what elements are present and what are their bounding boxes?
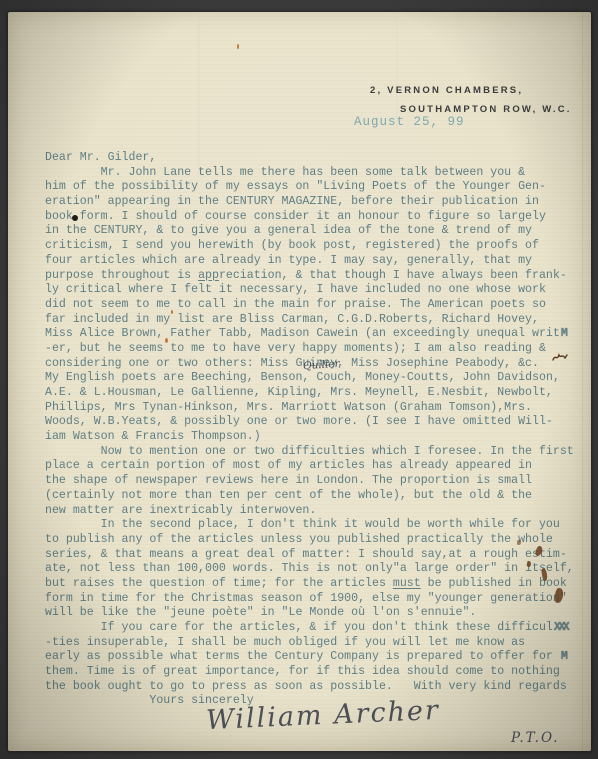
typed-line: If you care for the articles, & if you d…	[45, 621, 585, 636]
paper-speck	[165, 338, 168, 343]
typed-line: My English poets are Beeching, Benson,Qu…	[45, 371, 585, 386]
typed-date: August 25, 99	[354, 115, 465, 129]
typed-line: far included in my list are Bliss Carman…	[45, 313, 585, 328]
typed-line: purpose throughout is appreciation, & th…	[45, 269, 585, 284]
typed-line: the shape of newspaper reviews here in L…	[45, 474, 585, 489]
typed-line: new matter are inextricably interwoven.	[45, 504, 585, 519]
paper-speck	[171, 310, 173, 314]
typed-line: him of the possibility of my essays on "…	[45, 180, 585, 195]
pto-note: P.T.O.	[511, 730, 560, 746]
typed-line: will be like the "jeune poète" in "Le Mo…	[45, 606, 585, 621]
typed-line: series, & that means a great deal of mat…	[45, 548, 585, 563]
typed-line: -er, but he seems to me to have very hap…	[45, 342, 585, 357]
typed-line: Now to mention one or two difficulties w…	[45, 445, 585, 460]
typed-line: the book ought to go to press as soon as…	[45, 680, 585, 695]
typed-line: form in time for the Christmas season of…	[45, 592, 585, 607]
fold-crease	[396, 12, 398, 130]
scanned-letter: 2, VERNON CHAMBERS, SOUTHAMPTON ROW, W.C…	[0, 0, 598, 759]
typed-line: them. Time is of great importance, for i…	[45, 665, 585, 680]
letterhead-address-line2: SOUTHAMPTON ROW, W.C.	[400, 104, 572, 115]
paper-speck	[237, 44, 239, 49]
typed-line: did not seem to me to call in the main f…	[45, 298, 585, 313]
typed-line: four articles which are already in type.…	[45, 254, 585, 269]
typed-line: -ties insuperable, I shall be much oblig…	[45, 636, 585, 651]
typed-line: but raises the question of time; for the…	[45, 577, 585, 592]
typed-line: book form. I should of course consider i…	[45, 210, 585, 225]
letter-body: Dear Mr. Gilder, Mr. John Lane tells me …	[45, 151, 585, 709]
typed-line: In the second place, I don't think it wo…	[45, 518, 585, 533]
typed-line: place a certain portion of most of my ar…	[45, 459, 585, 474]
typed-line: Woods, W.B.Yeats, & possibly one or two …	[45, 415, 585, 430]
typed-line: Dear Mr. Gilder,	[45, 151, 585, 166]
typed-line: to publish any of the articles unless yo…	[45, 533, 585, 548]
typed-line: A.E. & L.Housman, Le Gallienne, Kipling,…	[45, 386, 585, 401]
typed-line: (certainly not more than ten per cent of…	[45, 489, 585, 504]
typed-line: eration" appearing in the CENTURY MAGAZI…	[45, 195, 585, 210]
typed-line: early as possible what terms the Century…	[45, 650, 585, 665]
typed-line: in the CENTURY, & to give you a general …	[45, 224, 585, 239]
typed-line: iam Watson & Francis Thompson.)	[45, 430, 585, 445]
letter-paper: 2, VERNON CHAMBERS, SOUTHAMPTON ROW, W.C…	[8, 12, 591, 751]
typed-line: criticism, I send you herewith (by book …	[45, 239, 585, 254]
typed-line: Mr. John Lane tells me there has been so…	[45, 166, 585, 181]
typed-line: ate, not less than 100,000 words. This i…	[45, 562, 585, 577]
letterhead-address-line1: 2, VERNON CHAMBERS,	[370, 85, 523, 96]
ink-blot	[72, 215, 78, 221]
typed-line: ly critical where I felt it necessary, I…	[45, 283, 585, 298]
typed-line: Miss Alice Brown, Father Tabb, Madison C…	[45, 327, 585, 342]
margin-scribble-mark	[552, 352, 568, 362]
typed-line: Phillips, Mrs Tynan-Hinkson, Mrs. Marrio…	[45, 401, 585, 416]
